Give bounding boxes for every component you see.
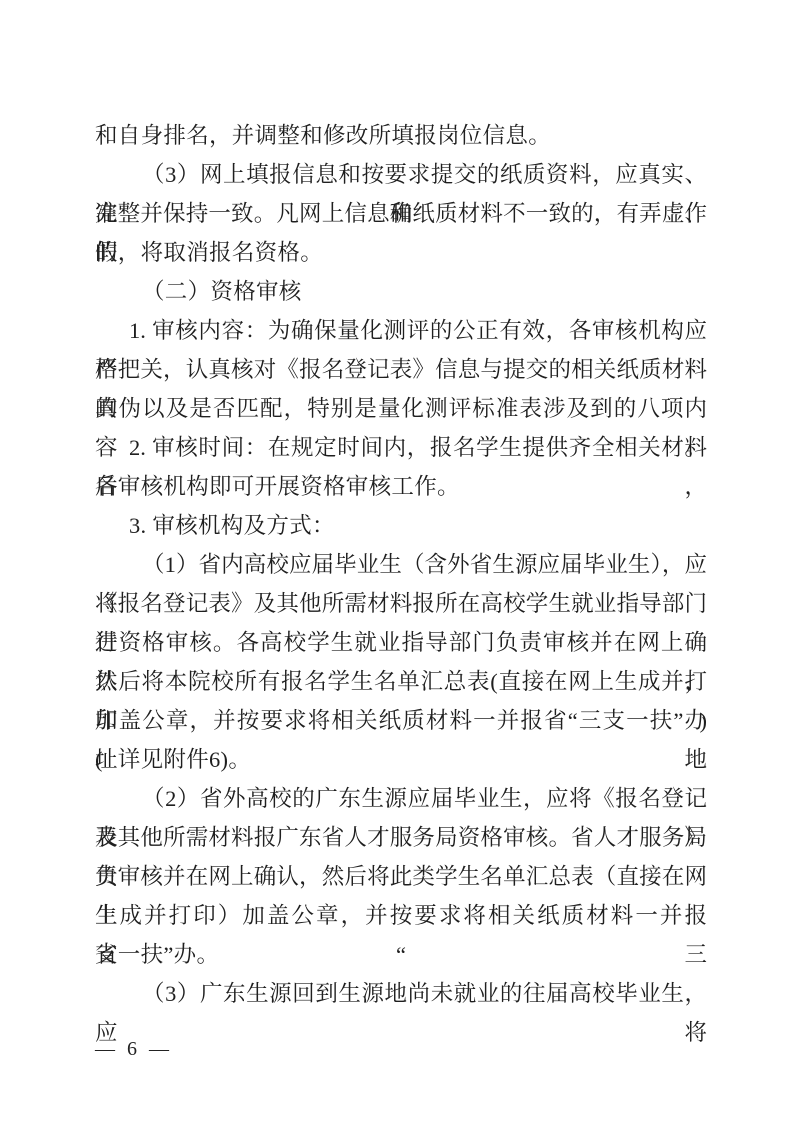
text-line: 然后将本院校所有报名学生名单汇总表(直接在网上生成并打印)	[95, 662, 707, 701]
text-line: （1）省内高校应届毕业生（含外省生源应届毕业生），应将	[95, 545, 707, 584]
document-page: 和自身排名，并调整和修改所填报岗位信息。 （3）网上填报信息和按要求提交的纸质资…	[0, 0, 800, 1132]
text-line: 的，将取消报名资格。	[95, 233, 707, 272]
text-line: 和自身排名，并调整和修改所填报岗位信息。	[95, 116, 707, 155]
text-line: （2）省外高校的广东生源应届毕业生，应将《报名登记表》	[95, 779, 707, 818]
text-line: 责审核并在网上确认，然后将此类学生名单汇总表（直接在网上	[95, 857, 707, 896]
text-line: 及其他所需材料报广东省人才服务局资格审核。省人才服务局负	[95, 818, 707, 857]
text-line: 行资格审核。各高校学生就业指导部门负责审核并在网上确认，	[95, 623, 707, 662]
text-line: 生成并打印）加盖公章，并按要求将相关纸质材料一并报省“三	[95, 896, 707, 935]
text-line: （3）网上填报信息和按要求提交的纸质资料，应真实、准确、	[95, 155, 707, 194]
page-number: — 6 —	[95, 1036, 169, 1062]
text-line: 真伪以及是否匹配，特别是量化测评标准表涉及到的八项内容。	[95, 389, 707, 428]
text-line: （3）广东生源回到生源地尚未就业的往届高校毕业生，应将	[95, 974, 707, 1013]
section-heading: （二）资格审核	[95, 272, 707, 311]
text-line: 《报名登记表》及其他所需材料报所在高校学生就业指导部门进	[95, 584, 707, 623]
document-body: 和自身排名，并调整和修改所填报岗位信息。 （3）网上填报信息和按要求提交的纸质资…	[95, 116, 707, 1013]
text-line: 1. 审核内容：为确保量化测评的公正有效，各审核机构应严	[95, 311, 707, 350]
text-line: 完整并保持一致。凡网上信息和纸质材料不一致的，有弄虚作假	[95, 194, 707, 233]
text-line: 格把关，认真核对《报名登记表》信息与提交的相关纸质材料的	[95, 350, 707, 389]
text-line: 2. 审核时间：在规定时间内，报名学生提供齐全相关材料后，	[95, 428, 707, 467]
text-line: 3. 审核机构及方式：	[95, 506, 707, 545]
text-line: 加盖公章，并按要求将相关纸质材料一并报省“三支一扶”办(地	[95, 701, 707, 740]
